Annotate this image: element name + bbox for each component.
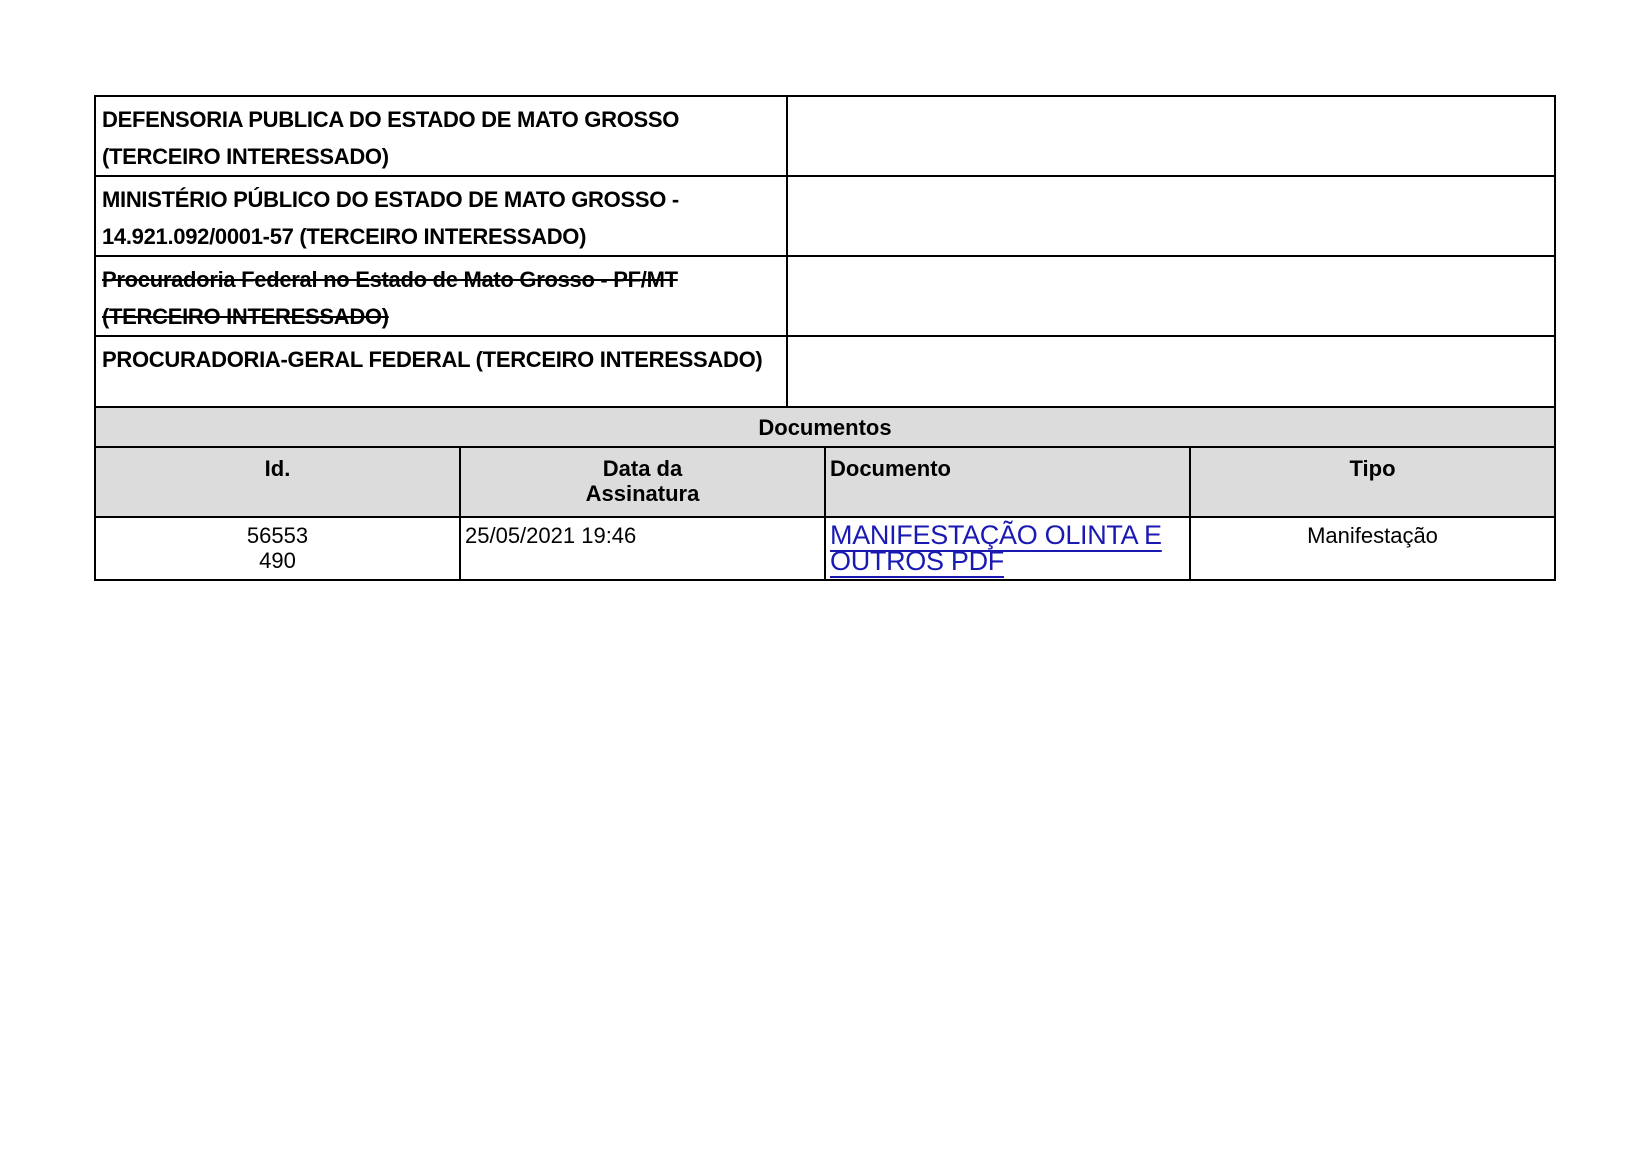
party-name-struck-text: Procuradoria Federal no Estado de Mato G… — [102, 267, 678, 329]
column-header-date-line2: Assinatura — [465, 481, 820, 506]
documents-title: Documentos — [95, 407, 1555, 447]
party-name: DEFENSORIA PUBLICA DO ESTADO DE MATO GRO… — [95, 96, 787, 176]
column-header-date-line1: Data da — [465, 456, 820, 481]
parties-table: DEFENSORIA PUBLICA DO ESTADO DE MATO GRO… — [94, 95, 1556, 416]
party-name: PROCURADORIA-GERAL FEDERAL (TERCEIRO INT… — [95, 336, 787, 415]
document-id-line2: 490 — [100, 548, 455, 573]
table-row: 56553 490 25/05/2021 19:46 MANIFESTAÇÃO … — [95, 517, 1555, 580]
document-id: 56553 490 — [95, 517, 460, 580]
column-header-document: Documento — [825, 447, 1190, 517]
documents-header-row: Id. Data da Assinatura Documento Tipo — [95, 447, 1555, 517]
party-value — [787, 176, 1555, 256]
document-cell: MANIFESTAÇÃO OLINTA E OUTROS PDF — [825, 517, 1190, 580]
party-row: Procuradoria Federal no Estado de Mato G… — [95, 256, 1555, 336]
document-type: Manifestação — [1190, 517, 1555, 580]
party-row: PROCURADORIA-GERAL FEDERAL (TERCEIRO INT… — [95, 336, 1555, 415]
documents-table: Documentos Id. Data da Assinatura Docume… — [94, 406, 1556, 581]
document-date: 25/05/2021 19:46 — [460, 517, 825, 580]
column-header-date: Data da Assinatura — [460, 447, 825, 517]
party-value — [787, 96, 1555, 176]
column-header-id: Id. — [95, 447, 460, 517]
document-id-line1: 56553 — [100, 523, 455, 548]
documents-title-row: Documentos — [95, 407, 1555, 447]
party-value — [787, 336, 1555, 415]
party-name-struck: Procuradoria Federal no Estado de Mato G… — [95, 256, 787, 336]
party-value — [787, 256, 1555, 336]
document-link[interactable]: MANIFESTAÇÃO OLINTA E OUTROS PDF — [830, 520, 1162, 576]
party-row: DEFENSORIA PUBLICA DO ESTADO DE MATO GRO… — [95, 96, 1555, 176]
column-header-type: Tipo — [1190, 447, 1555, 517]
party-name: MINISTÉRIO PÚBLICO DO ESTADO DE MATO GRO… — [95, 176, 787, 256]
party-row: MINISTÉRIO PÚBLICO DO ESTADO DE MATO GRO… — [95, 176, 1555, 256]
